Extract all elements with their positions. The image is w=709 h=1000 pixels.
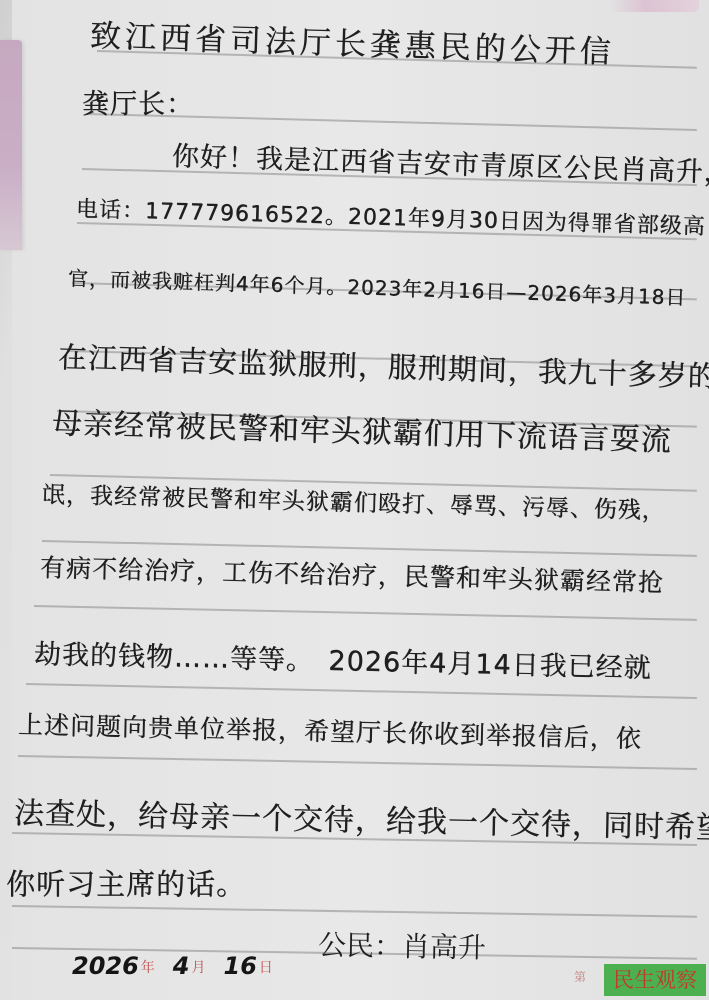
letter-salutation: 龚厅长： bbox=[82, 82, 194, 121]
letter-line: 你听习主席的话。 bbox=[6, 862, 246, 903]
date-day: 16 bbox=[224, 952, 257, 980]
pink-folder-edge bbox=[0, 40, 22, 250]
ruled-line bbox=[26, 683, 697, 699]
ruled-line bbox=[18, 755, 697, 770]
date-day-unit: 日 bbox=[259, 960, 273, 976]
ruled-line bbox=[34, 605, 697, 621]
date-year-unit: 年 bbox=[141, 960, 155, 976]
date-month: 4 bbox=[173, 952, 190, 980]
ruled-line bbox=[12, 905, 697, 918]
letter-date: 2026年4月16日 bbox=[72, 952, 291, 980]
date-month-unit: 月 bbox=[192, 960, 206, 976]
watermark-badge: 民生观察 bbox=[604, 964, 706, 996]
date-year: 2026 bbox=[72, 952, 139, 980]
signature: 公民：肖高升 bbox=[318, 924, 487, 967]
pink-folder-corner bbox=[609, 0, 699, 12]
page-mark: 第 bbox=[574, 968, 586, 985]
